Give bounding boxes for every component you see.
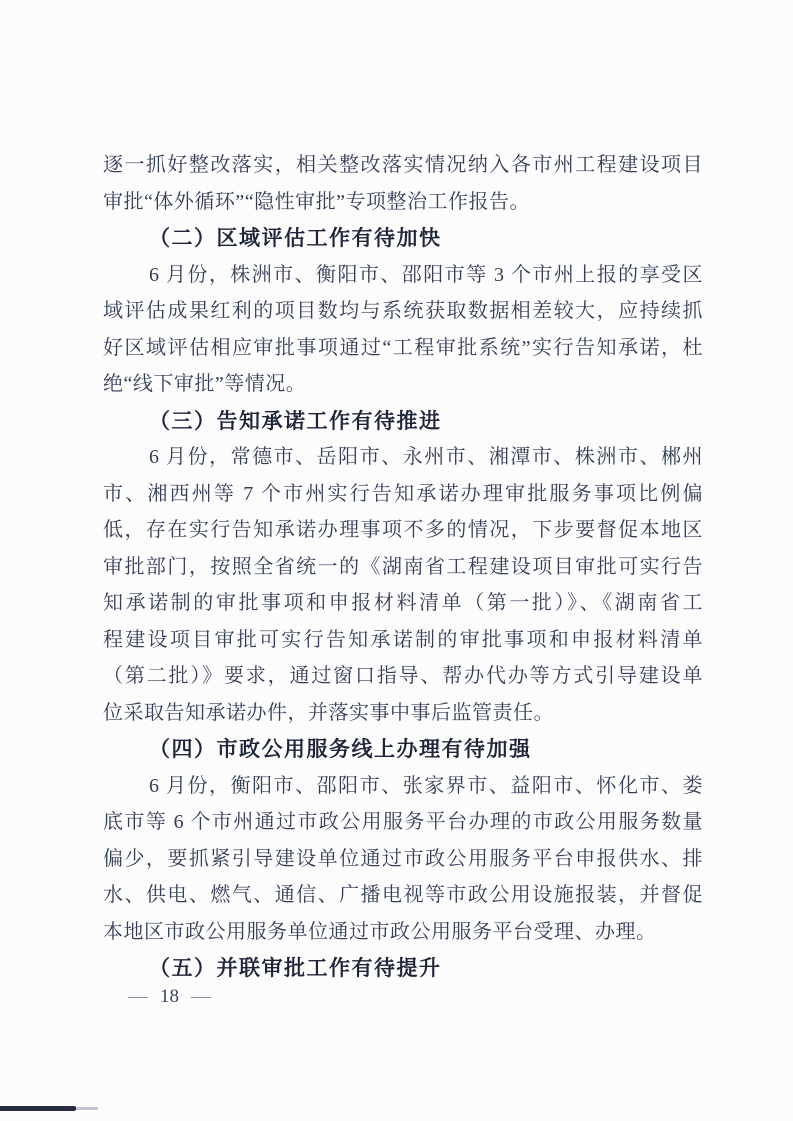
paragraph-line: 6 月份，常德市、岳阳市、永州市、湘潭市、株洲市、郴州 (103, 439, 703, 476)
section-heading: （五）并联审批工作有待提升 (103, 950, 703, 987)
page-number-value: 18 (160, 986, 179, 1007)
paragraph-line: 审批部门，按照全省统一的《湖南省工程建设项目审批可实行告 (103, 549, 703, 586)
section-heading: （四）市政公用服务线上办理有待加强 (103, 731, 703, 768)
paragraph-line: 审批“体外循环”“隐性审批”专项整治工作报告。 (103, 184, 703, 221)
document-body: 逐一抓好整改落实，相关整改落实情况纳入各市州工程建设项目审批“体外循环”“隐性审… (103, 147, 703, 987)
page-number-dash-right: — (191, 985, 211, 1007)
paragraph-line: 6 月份，株洲市、衡阳市、邵阳市等 3 个市州上报的享受区 (103, 257, 703, 294)
scan-artifact-tail (76, 1107, 98, 1110)
paragraph-line: 6 月份，衡阳市、邵阳市、张家界市、益阳市、怀化市、娄 (103, 768, 703, 805)
paragraph-line: 域评估成果红利的项目数均与系统获取数据相差较大，应持续抓 (103, 293, 703, 330)
scan-artifact (0, 1106, 76, 1111)
paragraph-line: 水、供电、燃气、通信、广播电视等市政公用设施报装，并督促 (103, 877, 703, 914)
paragraph-line: 位采取告知承诺办件，并落实事中事后监管责任。 (103, 695, 703, 732)
page-number: —18— (128, 983, 211, 1010)
paragraph-line: 低，存在实行告知承诺办理事项不多的情况，下步要督促本地区 (103, 512, 703, 549)
section-heading: （二）区域评估工作有待加快 (103, 220, 703, 257)
paragraph-line: （第二批）》要求，通过窗口指导、帮办代办等方式引导建设单 (103, 658, 703, 695)
paragraph-line: 市、湘西州等 7 个市州实行告知承诺办理审批服务事项比例偏 (103, 476, 703, 513)
paragraph-line: 程建设项目审批可实行告知承诺制的审批事项和申报材料清单 (103, 622, 703, 659)
paragraph-line: 偏少，要抓紧引导建设单位通过市政公用服务平台申报供水、排 (103, 841, 703, 878)
paragraph-line: 底市等 6 个市州通过市政公用服务平台办理的市政公用服务数量 (103, 804, 703, 841)
section-heading: （三）告知承诺工作有待推进 (103, 403, 703, 440)
paragraph-line: 好区域评估相应审批事项通过“工程审批系统”实行告知承诺，杜 (103, 330, 703, 367)
document-page: 逐一抓好整改落实，相关整改落实情况纳入各市州工程建设项目审批“体外循环”“隐性审… (0, 0, 793, 1121)
paragraph-line: 绝“线下审批”等情况。 (103, 366, 703, 403)
page-number-dash-left: — (128, 985, 148, 1007)
paragraph-line: 本地区市政公用服务单位通过市政公用服务平台受理、办理。 (103, 914, 703, 951)
paragraph-line: 知承诺制的审批事项和申报材料清单（第一批）》、《湖南省工 (103, 585, 703, 622)
paragraph-line: 逐一抓好整改落实，相关整改落实情况纳入各市州工程建设项目 (103, 147, 703, 184)
